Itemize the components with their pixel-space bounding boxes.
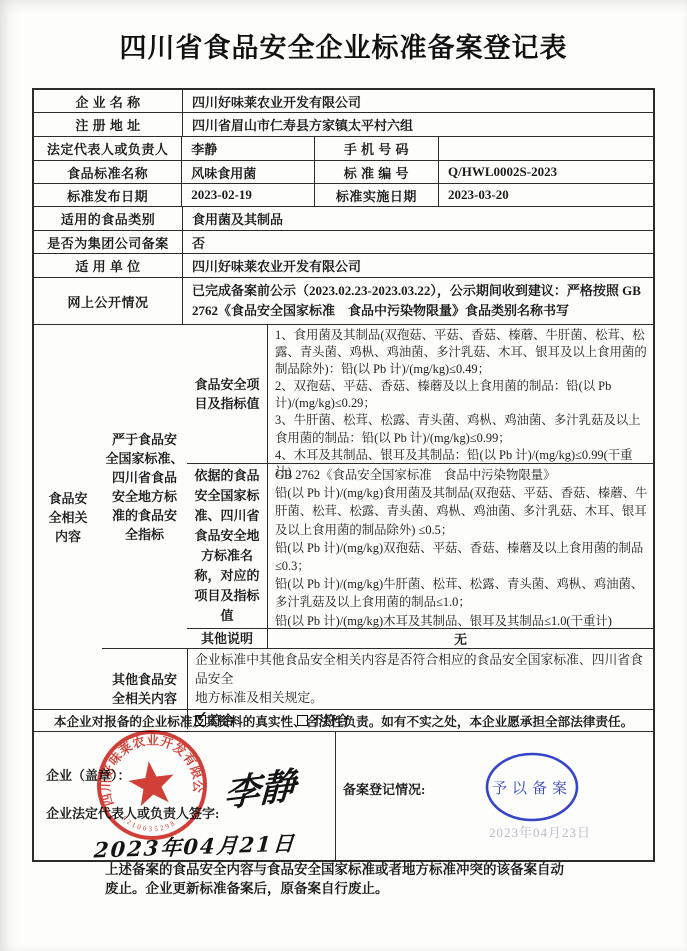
approval-timestamp: 2023年04月23日 — [489, 822, 591, 841]
implement-date-label: 标准实施日期 — [314, 184, 438, 206]
publish-date-label: 标准发布日期 — [34, 184, 181, 206]
row-group-company: 是否为集团公司备案 否 — [34, 231, 653, 254]
public-notice-label: 网上公开情况 — [34, 278, 182, 324]
phone-value — [438, 137, 653, 160]
group-company-label: 是否为集团公司备案 — [34, 231, 182, 253]
row-standard-name: 食品标准名称 风味食用菌 标 准 编 号 Q/HWL0002S-2023 — [34, 161, 653, 184]
food-category-label: 适用的食品类别 — [34, 207, 182, 230]
group-company-value: 否 — [182, 231, 653, 253]
page-title: 四川省食品安全企业标准备案登记表 — [0, 26, 687, 65]
publish-date-value: 2023-02-19 — [181, 184, 313, 206]
legal-representative-value: 李静 — [181, 137, 313, 160]
registered-address-label: 注 册 地 址 — [34, 113, 182, 136]
safety-items-content: 1、食用菌及其制品(双孢菇、平菇、香菇、榛蘑、牛肝菌、松茸、松露、青头菌、鸡枞、… — [267, 325, 653, 463]
row-applicable-unit: 适 用 单 位 四川好味莱农业开发有限公司 — [34, 254, 653, 278]
other-note-value: 无 — [267, 629, 653, 648]
company-name-value: 四川好味莱农业开发有限公司 — [182, 90, 653, 112]
company-name-label: 企 业 名 称 — [34, 90, 182, 112]
other-content-text: 企业标准中其他食品安全相关内容是否符合相应的食品安全国家标准、四川省食品安全 地… — [195, 651, 649, 708]
approval-stamp: 予以备案 — [477, 746, 587, 830]
registration-status-label: 备案登记情况: — [343, 779, 425, 798]
standard-number-value: Q/HWL0002S-2023 — [438, 161, 653, 183]
phone-label: 手 机 号 码 — [314, 137, 438, 160]
checkbox-nonconform-box-icon — [297, 715, 308, 726]
safety-items-label: 食品安全项 目及指标值 — [187, 325, 267, 463]
other-note-label: 其他说明 — [187, 629, 267, 648]
basis-standard-label: 依据的食品 安全国家标 准、四川省 食品安全地 方标准名 称，对应的 项目及指标… — [187, 464, 267, 628]
standard-name-value: 风味食用菌 — [181, 161, 313, 183]
blue-stamp-icon: 予以备案 — [477, 746, 587, 830]
seal-star-icon — [126, 758, 177, 807]
legal-representative-label: 法定代表人或负责人 — [34, 137, 181, 160]
food-safety-section: 食品安 全相关 内容 严于食品安 全国家标准、 四川省食品 安全地方标 准的食品… — [34, 325, 653, 710]
basis-standard-content: GB 2762《食品安全国家标准 食品中污染物限量》 铅(以 Pb 计)/(mg… — [267, 464, 653, 628]
row-public-notice: 网上公开情况 已完成备案前公示（2023.02.23-2023.03.22），公… — [34, 278, 653, 325]
registered-address-value: 四川省眉山市仁寿县方家镇太平村六组 — [182, 113, 653, 136]
stricter-indicators-label: 严于食品安 全国家标准、 四川省食品 安全地方标 准的食品安 全指标 — [102, 325, 187, 648]
approval-stamp-text: 予以备案 — [492, 780, 572, 797]
public-notice-value: 已完成备案前公示（2023.02.23-2023.03.22），公示期间收到建议… — [182, 278, 653, 324]
scanned-form-page: { "page": { "title": "四川省食品安全企业标准备案登记表" … — [0, 0, 687, 951]
implement-date-value: 2023-03-20 — [438, 184, 653, 206]
row-company-name: 企 业 名 称 四川好味莱农业开发有限公司 — [34, 90, 653, 113]
red-seal-icon: 四川好味莱农业开发有限公司 5210035298 — [67, 700, 236, 869]
row-registered-address: 注 册 地 址 四川省眉山市仁寿县方家镇太平村六组 — [34, 113, 653, 137]
row-legal-representative: 法定代表人或负责人 李静 手 机 号 码 — [34, 137, 653, 161]
row-food-category: 适用的食品类别 食用菌及其制品 — [34, 207, 653, 231]
applicable-unit-value: 四川好味莱农业开发有限公司 — [182, 254, 653, 277]
standard-name-label: 食品标准名称 — [34, 161, 181, 183]
representative-signature: 李静 — [223, 757, 297, 817]
food-category-value: 食用菌及其制品 — [182, 207, 653, 230]
company-seal-stamp: 四川好味莱农业开发有限公司 5210035298 — [67, 700, 236, 869]
row-standard-dates: 标准发布日期 2023-02-19 标准实施日期 2023-03-20 — [34, 184, 653, 207]
applicable-unit-label: 适 用 单 位 — [34, 254, 182, 277]
standard-number-label: 标 准 编 号 — [314, 161, 438, 183]
food-safety-group-label: 食品安 全相关 内容 — [34, 325, 102, 709]
footer-note: 上述备案的食品安全内容与食品安全国家标准或者地方标准冲突的该备案自动 废止。企业… — [105, 861, 564, 898]
